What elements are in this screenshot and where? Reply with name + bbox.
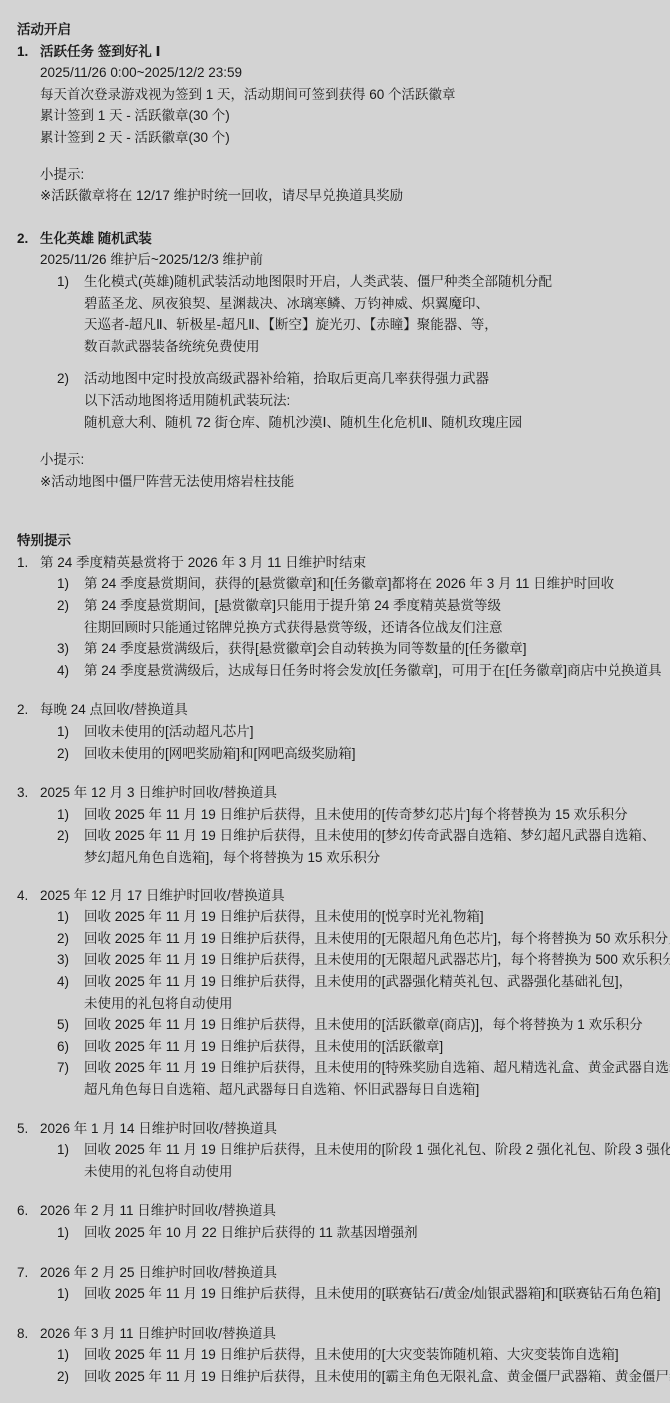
item-text: 回收 2025 年 11 月 19 日维护后获得，且未使用的[无限超凡角色芯片]…: [84, 928, 670, 950]
announcement-document: 活动开启1.活跃任务 签到好礼 Ⅰ2025/11/26 0:00~2025/12…: [0, 0, 670, 1387]
section-heading: 活动开启: [0, 19, 670, 41]
item-text: ※活跃徽章将在 12/17 维护时统一回收，请尽早兑换道具奖励: [40, 185, 403, 207]
item-number: 1): [57, 906, 84, 928]
spacer: [0, 764, 670, 782]
item-text: 第 24 季度悬赏期间，获得的[悬赏徽章]和[任务徽章]都将在 2026 年 3…: [84, 573, 614, 595]
text-line: 往期回顾时只能通过铭牌兑换方式获得悬赏等级，还请各位战友们注意: [0, 617, 670, 639]
item-text: 累计签到 1 天 - 活跃徽章(30 个): [40, 105, 230, 127]
item-text: 回收 2025 年 11 月 19 日维护后获得，且未使用的[梦幻传奇武器自选箱…: [84, 825, 655, 847]
text-line: 累计签到 2 天 - 活跃徽章(30 个): [0, 127, 670, 149]
text-line: 未使用的礼包将自动使用: [0, 1161, 670, 1183]
item-text: 活动地图中定时投放高级武器补给箱，拾取后更高几率获得强力武器: [84, 368, 489, 390]
item-text: 小提示:: [40, 449, 84, 471]
list-item: 1)第 24 季度悬赏期间，获得的[悬赏徽章]和[任务徽章]都将在 2026 年…: [0, 573, 670, 595]
item-text: 未使用的礼包将自动使用: [84, 1161, 233, 1183]
item-text: 每天首次登录游戏视为签到 1 天，活动期间可签到获得 60 个活跃徽章: [40, 84, 456, 106]
item-text: 回收 2025 年 11 月 19 日维护后获得，且未使用的[大灾变装饰随机箱、…: [84, 1344, 619, 1366]
item-text: 2026 年 1 月 14 日维护时回收/替换道具: [40, 1118, 277, 1140]
item-number: 1.: [17, 552, 40, 574]
item-text: 回收 2025 年 11 月 19 日维护后获得，且未使用的[联赛钻石/黄金/灿…: [84, 1283, 661, 1305]
item-text: 回收 2025 年 11 月 19 日维护后获得，且未使用的[霸主角色无限礼盒、…: [84, 1366, 670, 1388]
item-number: 1): [57, 804, 84, 826]
text-line: 梦幻超凡角色自选箱]，每个将替换为 15 欢乐积分: [0, 847, 670, 869]
item-number: 2): [57, 825, 84, 847]
item-number: 4.: [17, 885, 40, 907]
text-line: 随机意大利、随机 72 街仓库、随机沙漠Ⅰ、随机生化危机Ⅱ、随机玫瑰庄园: [0, 412, 670, 434]
list-item: 1)回收 2025 年 11 月 19 日维护后获得，且未使用的[传奇梦幻芯片]…: [0, 804, 670, 826]
list-item: 1)回收 2025 年 11 月 19 日维护后获得，且未使用的[阶段 1 强化…: [0, 1139, 670, 1161]
item-number: 1): [57, 573, 84, 595]
item-number: 1.: [17, 41, 40, 63]
item-text: 回收 2025 年 11 月 19 日维护后获得，且未使用的[无限超凡武器芯片]…: [84, 949, 670, 971]
item-text: 回收 2025 年 11 月 19 日维护后获得，且未使用的[活跃徽章(商店)]…: [84, 1014, 643, 1036]
item-number: 6): [57, 1036, 84, 1058]
item-number: 2): [57, 743, 84, 765]
item-text: 未使用的礼包将自动使用: [84, 993, 233, 1015]
item-number: 4): [57, 660, 84, 682]
item-number: 5.: [17, 1118, 40, 1140]
list-item: 1)回收 2025 年 11 月 19 日维护后获得，且未使用的[悦享时光礼物箱…: [0, 906, 670, 928]
item-text: 2025 年 12 月 3 日维护时回收/替换道具: [40, 782, 277, 804]
item-number: 3.: [17, 782, 40, 804]
item-text: 超凡角色每日自选箱、超凡武器每日自选箱、怀旧武器每日自选箱]: [84, 1079, 479, 1101]
list-item: 1)回收 2025 年 11 月 19 日维护后获得，且未使用的[大灾变装饰随机…: [0, 1344, 670, 1366]
list-item: 3.2025 年 12 月 3 日维护时回收/替换道具: [0, 782, 670, 804]
item-number: 5): [57, 1014, 84, 1036]
spacer: [0, 149, 670, 164]
item-text: ※活动地图中僵尸阵营无法使用熔岩柱技能: [40, 471, 294, 493]
text-line: 每天首次登录游戏视为签到 1 天，活动期间可签到获得 60 个活跃徽章: [0, 84, 670, 106]
text-line: 超凡角色每日自选箱、超凡武器每日自选箱、怀旧武器每日自选箱]: [0, 1079, 670, 1101]
list-item: 1)回收 2025 年 11 月 19 日维护后获得，且未使用的[联赛钻石/黄金…: [0, 1283, 670, 1305]
list-item: 1.第 24 季度精英悬赏将于 2026 年 3 月 11 日维护时结束: [0, 552, 670, 574]
item-text: 回收 2025 年 11 月 19 日维护后获得，且未使用的[悦享时光礼物箱]: [84, 906, 484, 928]
item-number: 6.: [17, 1200, 40, 1222]
item-text: 回收 2025 年 11 月 19 日维护后获得，且未使用的[传奇梦幻芯片]每个…: [84, 804, 628, 826]
item-text: 生化模式(英雄)随机武装活动地图限时开启，人类武装、僵尸种类全部随机分配: [84, 271, 552, 293]
item-number: 7.: [17, 1262, 40, 1284]
spacer: [0, 869, 670, 885]
spacer: [0, 433, 670, 449]
item-text: 2025/11/26 维护后~2025/12/3 维护前: [40, 249, 263, 271]
item-text: 累计签到 2 天 - 活跃徽章(30 个): [40, 127, 230, 149]
item-text: 第 24 季度悬赏满级后，获得[悬赏徽章]会自动转换为同等数量的[任务徽章]: [84, 638, 527, 660]
list-item: 4.2025 年 12 月 17 日维护时回收/替换道具: [0, 885, 670, 907]
spacer: [0, 1244, 670, 1262]
item-text: 回收 2025 年 10 月 22 日维护后获得的 11 款基因增强剂: [84, 1222, 418, 1244]
text-line: 2025/11/26 0:00~2025/12/2 23:59: [0, 62, 670, 84]
text-line: 累计签到 1 天 - 活跃徽章(30 个): [0, 105, 670, 127]
item-text: 回收未使用的[网吧奖励箱]和[网吧高级奖励箱]: [84, 743, 356, 765]
list-item: 3)回收 2025 年 11 月 19 日维护后获得，且未使用的[无限超凡武器芯…: [0, 949, 670, 971]
item-number: 2): [57, 595, 84, 617]
item-text: 回收 2025 年 11 月 19 日维护后获得，且未使用的[武器强化精英礼包、…: [84, 971, 632, 993]
item-text: 梦幻超凡角色自选箱]，每个将替换为 15 欢乐积分: [84, 847, 380, 869]
spacer: [0, 1101, 670, 1118]
list-item: 1.活跃任务 签到好礼 Ⅰ: [0, 41, 670, 63]
item-number: 8.: [17, 1323, 40, 1345]
item-text: 数百款武器装备统统免费使用: [84, 336, 260, 358]
item-text: 生化英雄 随机武装: [40, 228, 152, 250]
list-item: 2)活动地图中定时投放高级武器补给箱，拾取后更高几率获得强力武器: [0, 368, 670, 390]
item-number: 2): [57, 928, 84, 950]
item-text: 碧蓝圣龙、夙夜狼契、星渊裁决、冰璃寒鳞、万钧神威、炽翼魔印、: [84, 293, 489, 315]
list-item: 6.2026 年 2 月 11 日维护时回收/替换道具: [0, 1200, 670, 1222]
list-item: 1)回收 2025 年 10 月 22 日维护后获得的 11 款基因增强剂: [0, 1222, 670, 1244]
item-text: 回收 2025 年 11 月 19 日维护后获得，且未使用的[阶段 1 强化礼包…: [84, 1139, 670, 1161]
text-line: 碧蓝圣龙、夙夜狼契、星渊裁决、冰璃寒鳞、万钧神威、炽翼魔印、: [0, 293, 670, 315]
list-item: 6)回收 2025 年 11 月 19 日维护后获得，且未使用的[活跃徽章]: [0, 1036, 670, 1058]
list-item: 7.2026 年 2 月 25 日维护时回收/替换道具: [0, 1262, 670, 1284]
list-item: 2)回收 2025 年 11 月 19 日维护后获得，且未使用的[梦幻传奇武器自…: [0, 825, 670, 847]
list-item: 7)回收 2025 年 11 月 19 日维护后获得，且未使用的[特殊奖励自选箱…: [0, 1057, 670, 1079]
text-line: 数百款武器装备统统免费使用: [0, 336, 670, 358]
text-line: 未使用的礼包将自动使用: [0, 993, 670, 1015]
list-item: 2)第 24 季度悬赏期间，[悬赏徽章]只能用于提升第 24 季度精英悬赏等级: [0, 595, 670, 617]
list-item: 2)回收未使用的[网吧奖励箱]和[网吧高级奖励箱]: [0, 743, 670, 765]
text-line: 天巡者-超凡Ⅱ、斩极星-超凡Ⅱ、【断空】旋光刃、【赤瞳】聚能器、等，: [0, 314, 670, 336]
item-text: 第 24 季度精英悬赏将于 2026 年 3 月 11 日维护时结束: [40, 552, 366, 574]
list-item: 3)第 24 季度悬赏满级后，获得[悬赏徽章]会自动转换为同等数量的[任务徽章]: [0, 638, 670, 660]
list-item: 8.2026 年 3 月 11 日维护时回收/替换道具: [0, 1323, 670, 1345]
list-item: 2.生化英雄 随机武装: [0, 228, 670, 250]
item-number: 1): [57, 1139, 84, 1161]
item-text: 以下活动地图将适用随机武装玩法:: [84, 390, 290, 412]
item-number: 2.: [17, 699, 40, 721]
item-number: 1): [57, 721, 84, 743]
item-text: 回收 2025 年 11 月 19 日维护后获得，且未使用的[活跃徽章]: [84, 1036, 443, 1058]
item-text: 随机意大利、随机 72 街仓库、随机沙漠Ⅰ、随机生化危机Ⅱ、随机玫瑰庄园: [84, 412, 522, 434]
spacer: [0, 1182, 670, 1200]
item-text: 小提示:: [40, 164, 84, 186]
text-line: 小提示:: [0, 164, 670, 186]
item-number: 1): [57, 1344, 84, 1366]
item-number: 1): [57, 271, 84, 293]
list-item: 2.每晚 24 点回收/替换道具: [0, 699, 670, 721]
item-text: 回收 2025 年 11 月 19 日维护后获得，且未使用的[特殊奖励自选箱、超…: [84, 1057, 670, 1079]
item-text: 每晚 24 点回收/替换道具: [40, 699, 188, 721]
item-number: 2): [57, 368, 84, 390]
list-item: 1)回收未使用的[活动超凡芯片]: [0, 721, 670, 743]
list-item: 2)回收 2025 年 11 月 19 日维护后获得，且未使用的[无限超凡角色芯…: [0, 928, 670, 950]
spacer: [0, 357, 670, 368]
spacer: [0, 1305, 670, 1323]
text-line: 小提示:: [0, 449, 670, 471]
item-text: 活跃任务 签到好礼 Ⅰ: [40, 41, 161, 63]
item-number: 1): [57, 1283, 84, 1305]
text-line: 2025/11/26 维护后~2025/12/3 维护前: [0, 249, 670, 271]
item-text: 2025 年 12 月 17 日维护时回收/替换道具: [40, 885, 285, 907]
item-text: 第 24 季度悬赏满级后，达成每日任务时将会发放[任务徽章]，可用于在[任务徽章…: [84, 660, 662, 682]
list-item: 4)第 24 季度悬赏满级后，达成每日任务时将会发放[任务徽章]，可用于在[任务…: [0, 660, 670, 682]
item-number: 2): [57, 1366, 84, 1388]
item-text: 天巡者-超凡Ⅱ、斩极星-超凡Ⅱ、【断空】旋光刃、【赤瞳】聚能器、等，: [84, 314, 498, 336]
item-text: 2026 年 2 月 11 日维护时回收/替换道具: [40, 1200, 276, 1222]
item-text: 2025/11/26 0:00~2025/12/2 23:59: [40, 62, 242, 84]
item-text: 往期回顾时只能通过铭牌兑换方式获得悬赏等级，还请各位战友们注意: [84, 617, 503, 639]
text-line: 以下活动地图将适用随机武装玩法:: [0, 390, 670, 412]
section-heading: 特别提示: [0, 530, 670, 552]
item-number: 1): [57, 1222, 84, 1244]
item-text: 回收未使用的[活动超凡芯片]: [84, 721, 254, 743]
list-item: 5)回收 2025 年 11 月 19 日维护后获得，且未使用的[活跃徽章(商店…: [0, 1014, 670, 1036]
spacer: [0, 681, 670, 699]
item-number: 4): [57, 971, 84, 993]
item-number: 2.: [17, 228, 40, 250]
section: 活动开启1.活跃任务 签到好礼 Ⅰ2025/11/26 0:00~2025/12…: [0, 19, 670, 492]
text-line: ※活跃徽章将在 12/17 维护时统一回收，请尽早兑换道具奖励: [0, 185, 670, 207]
item-number: 7): [57, 1057, 84, 1079]
list-item: 4)回收 2025 年 11 月 19 日维护后获得，且未使用的[武器强化精英礼…: [0, 971, 670, 993]
text-line: ※活动地图中僵尸阵营无法使用熔岩柱技能: [0, 471, 670, 493]
item-number: 3): [57, 949, 84, 971]
item-number: 3): [57, 638, 84, 660]
section: 特别提示1.第 24 季度精英悬赏将于 2026 年 3 月 11 日维护时结束…: [0, 530, 670, 1387]
item-text: 第 24 季度悬赏期间，[悬赏徽章]只能用于提升第 24 季度精英悬赏等级: [84, 595, 501, 617]
list-item: 5.2026 年 1 月 14 日维护时回收/替换道具: [0, 1118, 670, 1140]
spacer: [0, 207, 670, 228]
item-text: 2026 年 2 月 25 日维护时回收/替换道具: [40, 1262, 277, 1284]
list-item: 2)回收 2025 年 11 月 19 日维护后获得，且未使用的[霸主角色无限礼…: [0, 1366, 670, 1388]
item-text: 2026 年 3 月 11 日维护时回收/替换道具: [40, 1323, 276, 1345]
list-item: 1)生化模式(英雄)随机武装活动地图限时开启，人类武装、僵尸种类全部随机分配: [0, 271, 670, 293]
